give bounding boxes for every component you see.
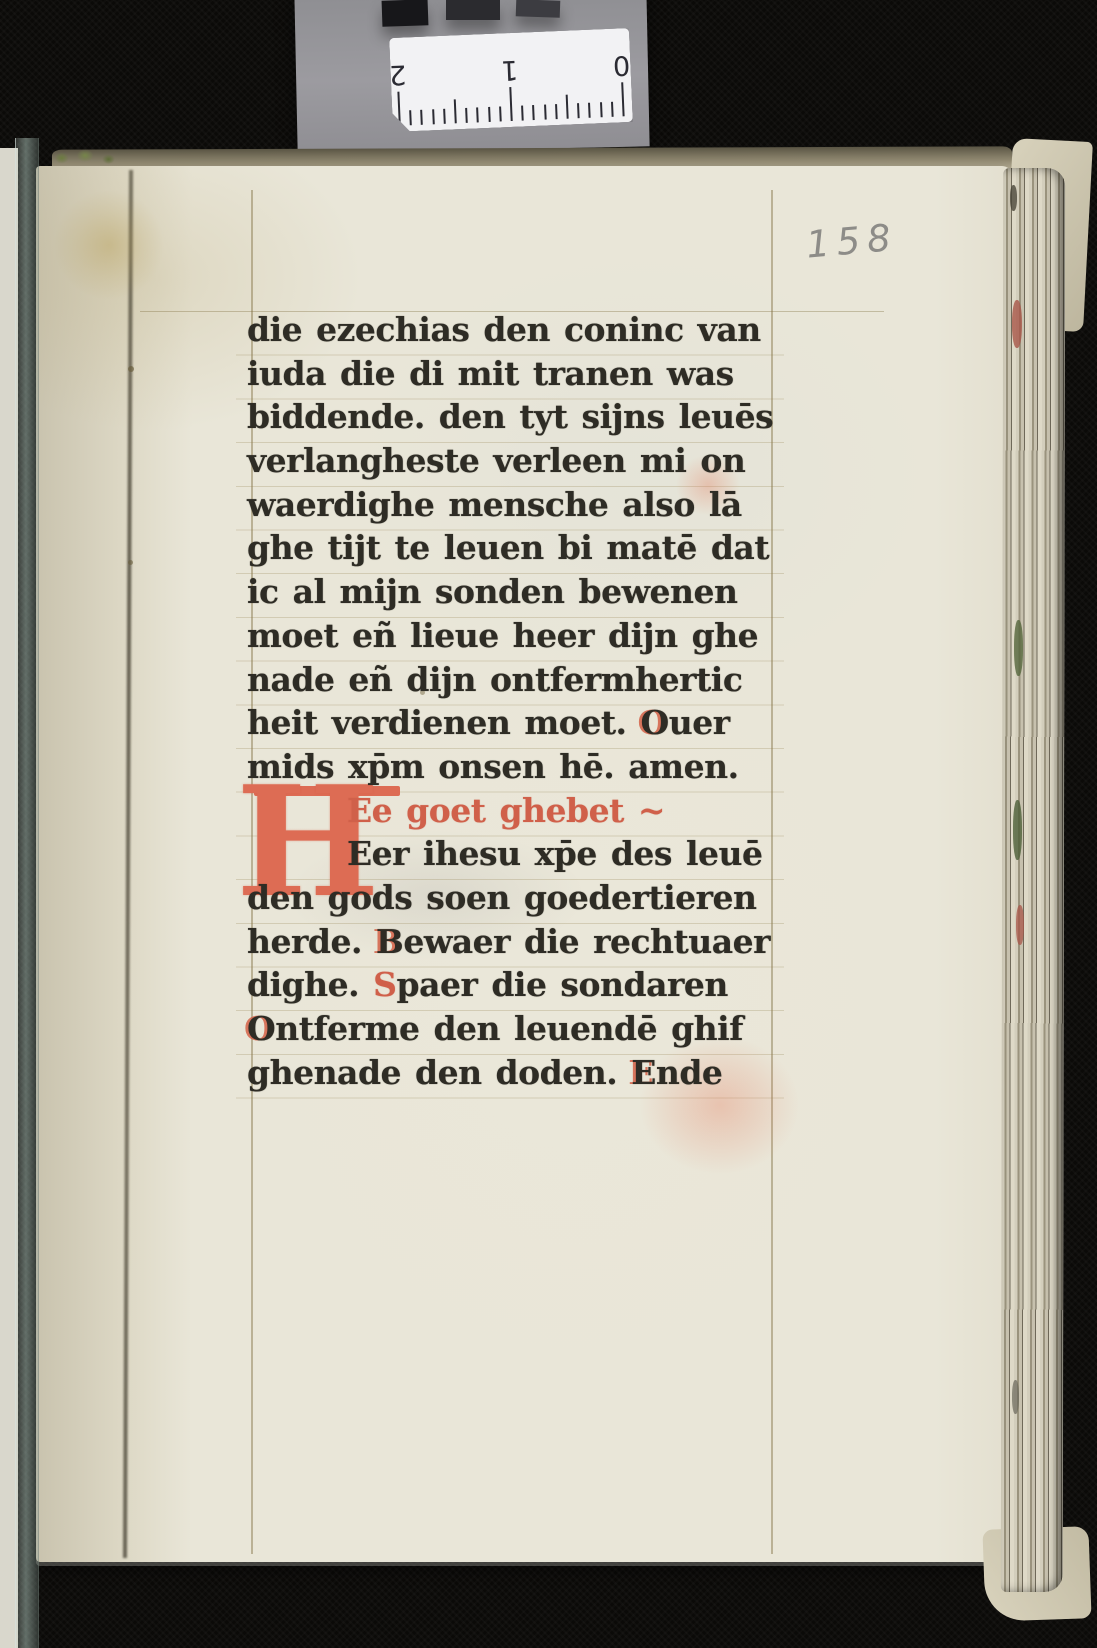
manuscript-line: ghe tijt te leuen bi matē dat — [247, 526, 787, 570]
ruler-tick — [409, 110, 412, 125]
edge-ink-mark — [1010, 185, 1017, 211]
ruler-tick — [443, 109, 446, 124]
ruler-tick — [611, 102, 614, 117]
photo-stage: 012 158 H die ezechias den coninc vaniud… — [0, 0, 1097, 1648]
ruler-tick — [532, 105, 535, 120]
edge-decoration-green — [1013, 800, 1022, 860]
manuscript-line: iuda die di mit tranen was — [247, 352, 787, 396]
glass-plate-edge — [15, 138, 39, 1648]
ruler-tick — [555, 104, 558, 119]
ruler-tick — [465, 108, 468, 123]
ruler-tick — [509, 87, 512, 121]
speck — [128, 560, 133, 565]
manuscript-line: dighe. Spaer die sondaren — [247, 963, 787, 1007]
manuscript-line: nade eñ dijn ontfermhertic — [247, 658, 787, 702]
ruler-tick — [621, 82, 624, 116]
speck — [128, 366, 134, 372]
manuscript-line: mids xp̄m onsen hē. amen. — [247, 745, 787, 789]
ruler-scale: 012 — [395, 32, 626, 125]
ruler-tick — [600, 102, 603, 117]
edge-decoration-red — [1012, 300, 1022, 348]
binding-decay-spot — [50, 146, 128, 170]
ruler-tick — [454, 99, 457, 123]
ruler-tick — [432, 109, 435, 124]
ruler-label: 012 — [389, 28, 633, 132]
ruler-number: 0 — [612, 49, 630, 81]
manuscript-line: den gods soen goedertieren — [247, 876, 787, 920]
ruler-number: 2 — [388, 58, 406, 90]
manuscript-line: heit verdienen moet. Ouer — [247, 701, 787, 745]
clamp-icon — [516, 0, 561, 18]
manuscript-text: die ezechias den coninc vaniuda die di m… — [247, 308, 787, 1094]
ruler-tick — [421, 110, 424, 125]
parchment-stain — [54, 190, 164, 300]
ruler-tick — [521, 106, 524, 121]
manuscript-line: moet eñ lieue heer dijn ghe — [247, 614, 787, 658]
manuscript-line: Ontferme den leuendē ghif — [247, 1007, 787, 1051]
edge-decoration-green — [1014, 620, 1023, 676]
ruler-tick — [544, 105, 547, 120]
ruler-tick — [488, 107, 491, 122]
ruler-tick — [588, 103, 591, 118]
ruler-tick — [577, 103, 580, 118]
clamp-icon — [382, 0, 429, 27]
manuscript-line: Ee goet ghebet ~ — [247, 789, 787, 833]
manuscript-line: Eer ihesu xp̄e des leuē — [247, 832, 787, 876]
ruler-tick — [566, 95, 569, 119]
manuscript-line: die ezechias den coninc van — [247, 308, 787, 352]
manuscript-line: waerdighe mensche also lā — [247, 483, 787, 527]
clamp-icon — [446, 0, 500, 20]
manuscript-line: verlangheste verleen mi on — [247, 439, 787, 483]
edge-ink-mark — [1012, 1380, 1019, 1414]
fore-edge-page-stack — [1001, 168, 1065, 1592]
edge-decoration-red — [1016, 905, 1024, 945]
ruler-number: 1 — [500, 54, 518, 86]
ruler-tick — [477, 107, 480, 122]
ruler-tick — [499, 106, 502, 121]
manuscript-line: ic al mijn sonden bewenen — [247, 570, 787, 614]
manuscript-line: ghenade den doden. Ende — [247, 1051, 787, 1095]
manuscript-line: herde. Bewaer die rechtuaer — [247, 920, 787, 964]
manuscript-line: biddende. den tyt sijns leuēs — [247, 395, 787, 439]
